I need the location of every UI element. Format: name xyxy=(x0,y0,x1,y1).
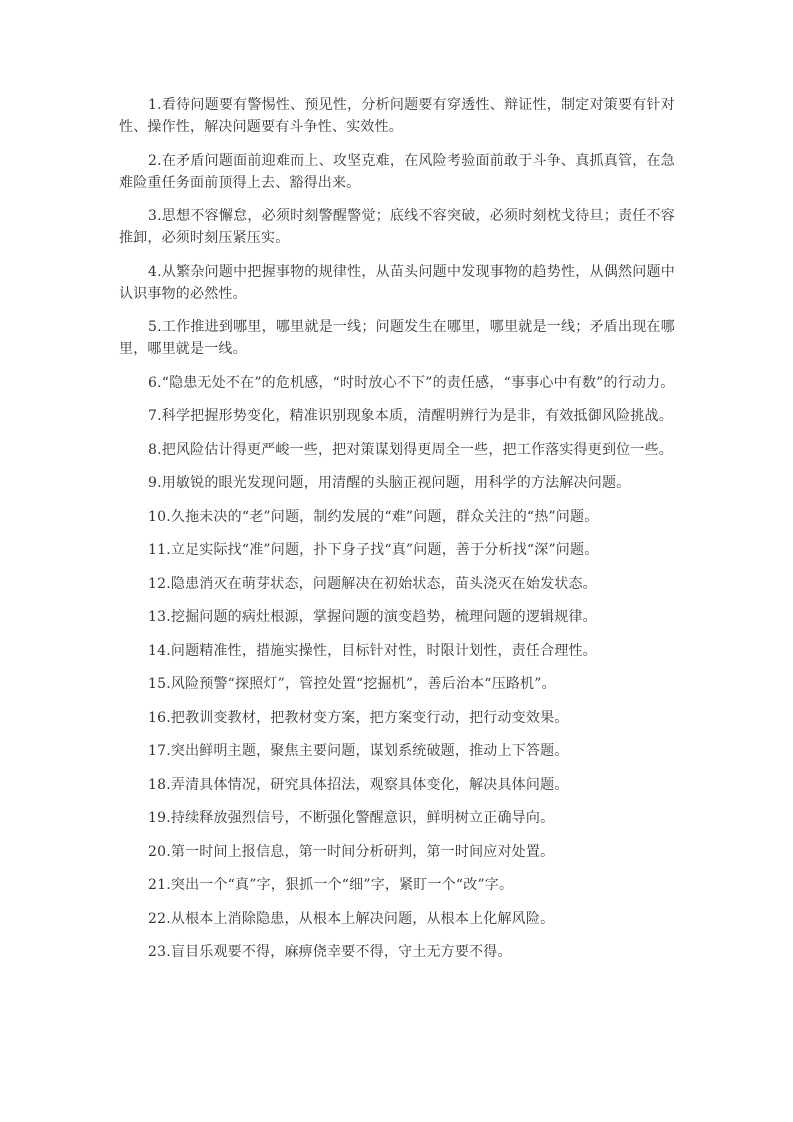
paragraph-13: 13.挖掘问题的病灶根源，掌握问题的演变趋势，梳理问题的逻辑规律。 xyxy=(119,606,675,628)
paragraph-12: 12.隐患消灭在萌芽状态，问题解决在初始状态，苗头浇灭在始发状态。 xyxy=(119,573,675,595)
paragraph-6: 6.“隐患无处不在”的危机感，“时时放心不下”的责任感，“事事心中有数”的行动力… xyxy=(119,372,675,394)
paragraph-22: 22.从根本上消除隐患，从根本上解决问题，从根本上化解风险。 xyxy=(119,908,675,930)
paragraph-11: 11.立足实际找“准”问题，扑下身子找“真”问题，善于分析找“深”问题。 xyxy=(119,539,675,561)
paragraph-9: 9.用敏锐的眼光发现问题，用清醒的头脑正视问题，用科学的方法解决问题。 xyxy=(119,472,675,494)
paragraph-10: 10.久拖未决的“老”问题，制约发展的“难”问题，群众关注的“热”问题。 xyxy=(119,506,675,528)
paragraph-1: 1.看待问题要有警惕性、预见性，分析问题要有穿透性、辩证性，制定对策要有针对性、… xyxy=(119,94,675,138)
paragraph-19: 19.持续释放强烈信号，不断强化警醒意识，鲜明树立正确导向。 xyxy=(119,807,675,829)
paragraph-3: 3.思想不容懈怠，必须时刻警醒警觉；底线不容突破，必须时刻枕戈待旦；责任不容推卸… xyxy=(119,205,675,249)
paragraph-18: 18.弄清具体情况，研究具体招法，观察具体变化，解决具体问题。 xyxy=(119,774,675,796)
paragraph-23: 23.盲目乐观要不得，麻痹侥幸要不得，守土无方要不得。 xyxy=(119,941,675,963)
paragraph-2: 2.在矛盾问题面前迎难而上、攻坚克难，在风险考验面前敢于斗争、真抓真管，在急难险… xyxy=(119,150,675,194)
paragraph-20: 20.第一时间上报信息，第一时间分析研判，第一时间应对处置。 xyxy=(119,841,675,863)
paragraph-15: 15.风险预警“探照灯”，管控处置“挖掘机”，善后治本“压路机”。 xyxy=(119,673,675,695)
paragraph-17: 17.突出鲜明主题，聚焦主要问题，谋划系统破题，推动上下答题。 xyxy=(119,740,675,762)
paragraph-7: 7.科学把握形势变化，精准识别现象本质，清醒明辨行为是非，有效抵御风险挑战。 xyxy=(119,405,675,427)
paragraph-16: 16.把教训变教材，把教材变方案，把方案变行动，把行动变效果。 xyxy=(119,707,675,729)
paragraph-4: 4.从繁杂问题中把握事物的规律性，从苗头问题中发现事物的趋势性，从偶然问题中认识… xyxy=(119,261,675,305)
paragraph-5: 5.工作推进到哪里，哪里就是一线；问题发生在哪里，哪里就是一线；矛盾出现在哪里，… xyxy=(119,316,675,360)
paragraph-8: 8.把风险估计得更严峻一些，把对策谋划得更周全一些，把工作落实得更到位一些。 xyxy=(119,439,675,461)
document-body: 1.看待问题要有警惕性、预见性，分析问题要有穿透性、辩证性，制定对策要有针对性、… xyxy=(119,94,675,975)
paragraph-14: 14.问题精准性，措施实操性，目标针对性，时限计划性，责任合理性。 xyxy=(119,640,675,662)
paragraph-21: 21.突出一个“真”字，狠抓一个“细”字，紧盯一个“改”字。 xyxy=(119,874,675,896)
